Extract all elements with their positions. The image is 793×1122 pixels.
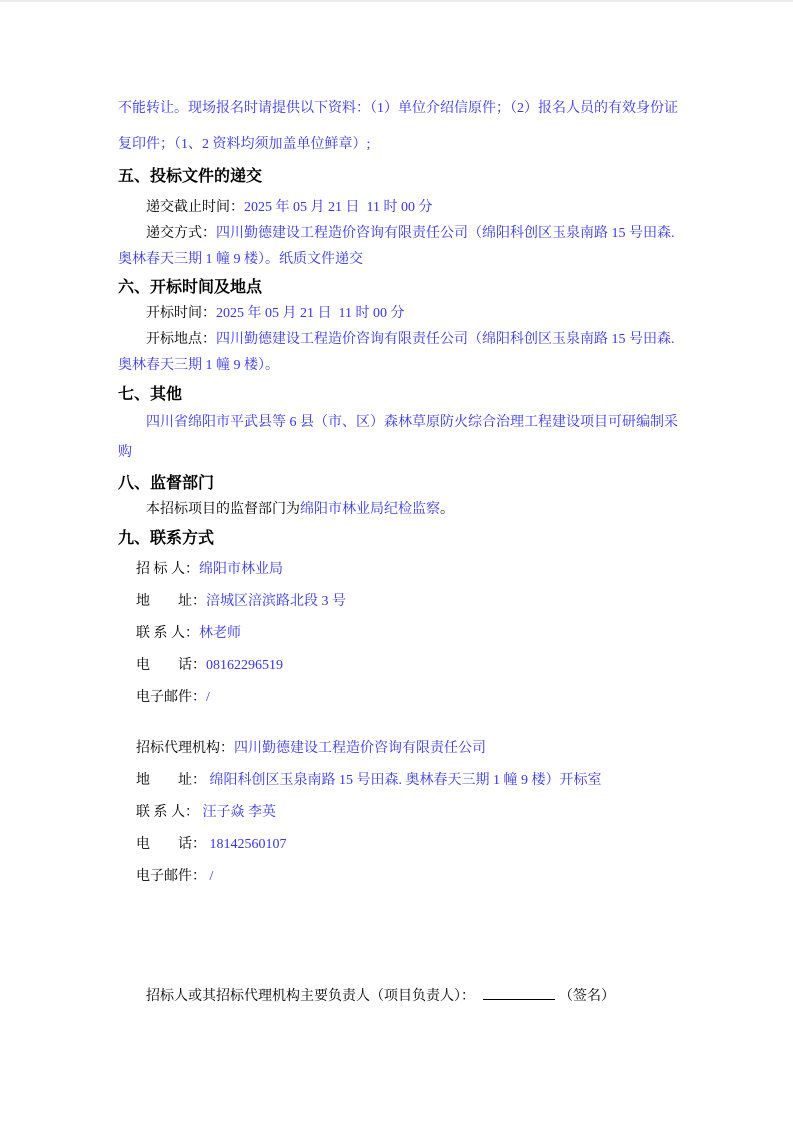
intro-paragraph: 不能转让。现场报名时请提供以下资料：（1）单位介绍信原件；（2）报名人员的有效身… <box>118 91 680 163</box>
agency-phone-line: 电 话： 18142560107 <box>118 832 680 858</box>
tenderer-name-value: 绵阳市林业局 <box>199 562 283 577</box>
tenderer-email-line: 电子邮件：/ <box>118 685 680 711</box>
tenderer-contact-person-value: 林老师 <box>199 626 241 641</box>
document-page: 不能转让。现场报名时请提供以下资料：（1）单位介绍信原件；（2）报名人员的有效身… <box>0 2 680 1010</box>
submission-deadline-label: 递交截止时间： <box>146 200 244 215</box>
tenderer-address-line: 地 址：涪城区涪滨路北段 3 号 <box>118 589 680 615</box>
supervision-department-value: 绵阳市林业局纪检监察 <box>300 502 440 517</box>
agency-email-value: / <box>206 869 213 884</box>
agency-address-line: 地 址： 绵阳科创区玉泉南路 15 号田森. 奥林春天三期 1 幢 9 楼）开标… <box>118 768 680 794</box>
tenderer-name-label: 招 标 人： <box>136 562 199 577</box>
agency-phone-label: 电 话： <box>136 837 206 852</box>
tenderer-email-value: / <box>206 690 210 705</box>
section-7-heading: 七、其他 <box>118 382 680 408</box>
signature-line: 招标人或其招标代理机构主要负责人（项目负责人）：（签名） <box>118 984 680 1010</box>
supervision-prefix: 本招标项目的监督部门为 <box>146 502 300 517</box>
tenderer-phone-label: 电 话： <box>136 658 206 673</box>
agency-email-label: 电子邮件： <box>136 869 206 884</box>
document-viewport: { "colors": { "link_blue": "#3535ee", "t… <box>0 0 793 1122</box>
submission-method-label: 递交方式： <box>146 226 216 241</box>
bid-opening-place-label: 开标地点： <box>146 332 216 347</box>
bid-opening-time-value: 2025 年 05 月 21 日 11 时 00 分 <box>216 306 404 321</box>
tenderer-contact-person-label: 联 系 人： <box>136 626 199 641</box>
tenderer-contact-block: 招 标 人：绵阳市林业局 地 址：涪城区涪滨路北段 3 号 联 系 人：林老师 … <box>118 557 680 711</box>
supervision-line: 本招标项目的监督部门为绵阳市林业局纪检监察。 <box>118 497 680 523</box>
agency-phone-value: 18142560107 <box>206 837 287 852</box>
agency-address-value: 绵阳科创区玉泉南路 15 号田森. 奥林春天三期 1 幢 9 楼）开标室 <box>206 773 602 788</box>
agency-address-label: 地 址： <box>136 773 206 788</box>
bid-opening-time-line: 开标时间：2025 年 05 月 21 日 11 时 00 分 <box>118 301 680 327</box>
signature-suffix: （签名） <box>559 989 615 1004</box>
signature-blank-line <box>483 987 555 1000</box>
submission-method-line: 递交方式：四川勤德建设工程造价咨询有限责任公司（绵阳科创区玉泉南路 15 号田森… <box>118 221 680 273</box>
tenderer-phone-value: 08162296519 <box>206 658 283 673</box>
agency-name-line: 招标代理机构：四川勤德建设工程造价咨询有限责任公司 <box>118 736 680 762</box>
agency-email-line: 电子邮件： / <box>118 864 680 890</box>
agency-contact-person-value: 汪子焱 李英 <box>199 805 276 820</box>
agency-name-label: 招标代理机构： <box>136 741 234 756</box>
tenderer-phone-line: 电 话：08162296519 <box>118 653 680 679</box>
tenderer-address-value: 涪城区涪滨路北段 3 号 <box>206 594 346 609</box>
section-9-heading: 九、联系方式 <box>118 526 680 552</box>
submission-deadline-line: 递交截止时间：2025 年 05 月 21 日 11 时 00 分 <box>118 195 680 221</box>
tenderer-contact-person-line: 联 系 人：林老师 <box>118 621 680 647</box>
agency-contact-person-line: 联 系 人： 汪子焱 李英 <box>118 800 680 826</box>
agency-contact-person-label: 联 系 人： <box>136 805 199 820</box>
bid-opening-time-label: 开标时间： <box>146 306 216 321</box>
agency-name-value: 四川勤德建设工程造价咨询有限责任公司 <box>234 741 486 756</box>
submission-deadline-value: 2025 年 05 月 21 日 11 时 00 分 <box>244 200 432 215</box>
section-6-heading: 六、开标时间及地点 <box>118 275 680 301</box>
agency-contact-block: 招标代理机构：四川勤德建设工程造价咨询有限责任公司 地 址： 绵阳科创区玉泉南路… <box>118 736 680 890</box>
other-project-paragraph: 四川省绵阳市平武县等 6 县（市、区）森林草原防火综合治理工程建设项目可研编制采… <box>118 408 680 468</box>
tenderer-email-label: 电子邮件： <box>136 690 206 705</box>
signature-label: 招标人或其招标代理机构主要负责人（项目负责人）： <box>146 989 475 1004</box>
supervision-suffix: 。 <box>440 502 454 517</box>
bid-opening-place-line: 开标地点：四川勤德建设工程造价咨询有限责任公司（绵阳科创区玉泉南路 15 号田森… <box>118 327 680 379</box>
section-5-heading: 五、投标文件的递交 <box>118 164 680 190</box>
tenderer-address-label: 地 址： <box>136 594 206 609</box>
section-8-heading: 八、监督部门 <box>118 471 680 497</box>
tenderer-name-line: 招 标 人：绵阳市林业局 <box>118 557 680 583</box>
